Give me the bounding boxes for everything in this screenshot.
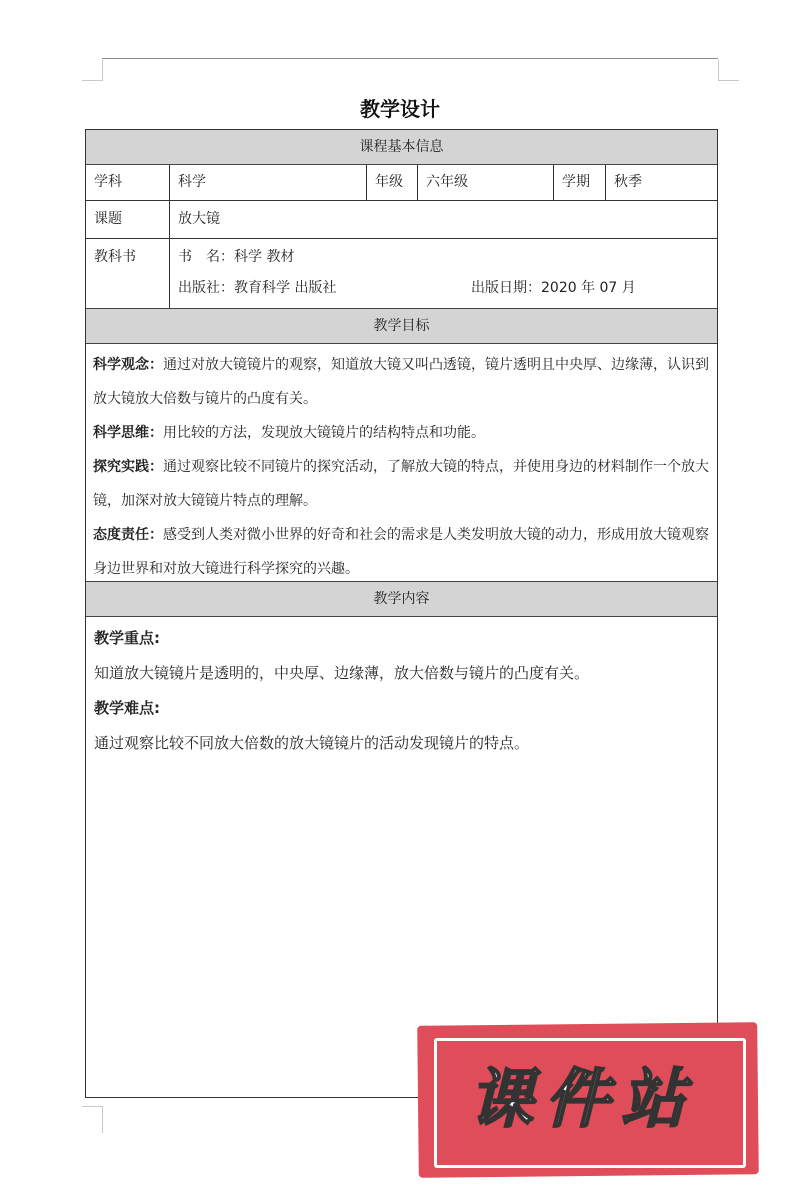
- textbook-info: 书 名：科学 教材 出版社：教育科学 出版社 出版日期：2020 年 07 月: [170, 239, 717, 308]
- section-header-basic-info: 课程基本信息: [86, 130, 717, 165]
- publish-date: 出版日期：2020 年 07 月: [471, 273, 636, 304]
- term-label: 学期: [554, 165, 606, 200]
- goal-item: 科学观念：通过对放大镜镜片的观察，知道放大镜又叫凸透镜，镜片透明且中央厚、边缘薄…: [93, 348, 710, 416]
- subject-label: 学科: [86, 165, 170, 200]
- subject-value: 科学: [170, 165, 367, 200]
- key-point-label: 教学重点:: [94, 621, 709, 655]
- textbook-label: 教科书: [86, 239, 170, 308]
- table-row-topic: 课题 放大镜: [86, 201, 717, 239]
- goals-list: 科学观念：通过对放大镜镜片的观察，知道放大镜又叫凸透镜，镜片透明且中央厚、边缘薄…: [86, 344, 717, 582]
- section-header-goals: 教学目标: [86, 309, 717, 344]
- term-value: 秋季: [606, 165, 717, 200]
- goal-text: 用比较的方法，发现放大镜镜片的结构特点和功能。: [163, 425, 485, 441]
- goal-text: 通过观察比较不同镜片的探究活动，了解放大镜的特点，并使用身边的材料制作一个放大镜…: [93, 459, 709, 509]
- goal-item: 科学思维：用比较的方法，发现放大镜镜片的结构特点和功能。: [93, 416, 710, 450]
- topic-value: 放大镜: [170, 201, 717, 238]
- goal-item: 态度责任：感受到人类对微小世界的好奇和社会的需求是人类发明放大镜的动力，形成用放…: [93, 518, 710, 586]
- table-row-textbook: 教科书 书 名：科学 教材 出版社：教育科学 出版社 出版日期：2020 年 0…: [86, 239, 717, 309]
- page-top-margin-line: [102, 58, 718, 59]
- grade-value: 六年级: [418, 165, 554, 200]
- publisher-line: 出版社：教育科学 出版社 出版日期：2020 年 07 月: [178, 273, 709, 304]
- crop-mark-top-left: [82, 60, 103, 81]
- topic-label: 课题: [86, 201, 170, 238]
- lesson-plan-table: 课程基本信息 学科 科学 年级 六年级 学期 秋季 课题 放大镜 教科书 书 名…: [85, 129, 718, 1098]
- publisher: 出版社：教育科学 出版社: [178, 273, 471, 304]
- book-name: 书 名：科学 教材: [178, 242, 709, 273]
- goal-item: 探究实践：通过观察比较不同镜片的探究活动，了解放大镜的特点，并使用身边的材料制作…: [93, 450, 710, 518]
- crop-mark-bottom-left: [82, 1106, 103, 1133]
- crop-mark-top-right: [718, 60, 739, 81]
- table-row-subject: 学科 科学 年级 六年级 学期 秋季: [86, 165, 717, 201]
- goal-label: 态度责任：: [93, 527, 163, 543]
- watermark-stamp: 课件站: [398, 1012, 768, 1180]
- goal-label: 科学观念：: [93, 357, 163, 373]
- section-header-content: 教学内容: [86, 582, 717, 617]
- watermark-text: 课件站: [428, 1048, 738, 1140]
- difficulty-label: 教学难点:: [94, 691, 709, 725]
- goal-text: 感受到人类对微小世界的好奇和社会的需求是人类发明放大镜的动力，形成用放大镜观察身…: [93, 527, 709, 577]
- document-title: 教学设计: [0, 93, 800, 122]
- goal-label: 探究实践：: [93, 459, 163, 475]
- key-point-text: 知道放大镜镜片是透明的，中央厚、边缘薄，放大倍数与镜片的凸度有关。: [94, 655, 709, 691]
- goal-text: 通过对放大镜镜片的观察，知道放大镜又叫凸透镜，镜片透明且中央厚、边缘薄，认识到放…: [93, 357, 709, 407]
- grade-label: 年级: [367, 165, 418, 200]
- goal-label: 科学思维：: [93, 425, 163, 441]
- difficulty-text: 通过观察比较不同放大倍数的放大镜镜片的活动发现镜片的特点。: [94, 725, 709, 761]
